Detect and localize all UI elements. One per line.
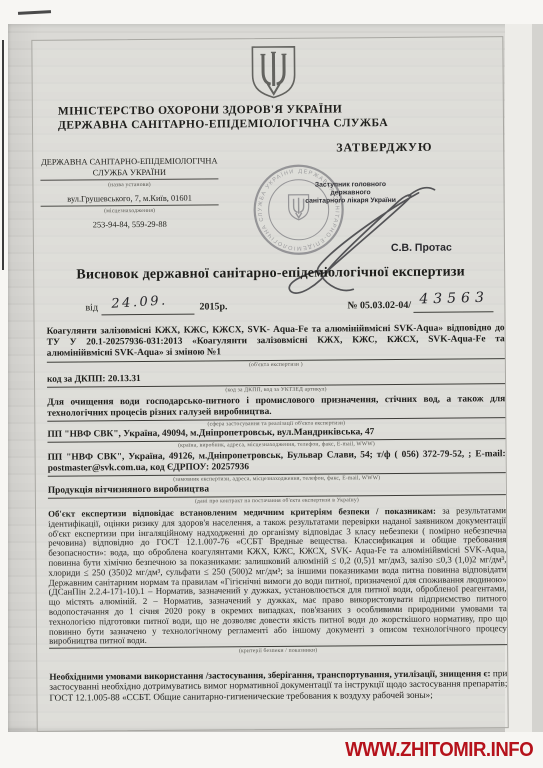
site-watermark: WWW.ZHITOMIR.INFO xyxy=(345,739,533,762)
handwritten-number: 43563 xyxy=(419,290,489,308)
field-body: за результатами ідентифікації, оцінки ри… xyxy=(48,505,507,646)
field-text: Необхідними умовами використання /застос… xyxy=(49,668,507,704)
trident-emblem-icon xyxy=(247,45,299,99)
field-dkpp-code: код за ДКПП: 20.13.31 (код за ДКПП, код … xyxy=(47,371,505,395)
issuer-phones: 253-94-84, 559-29-88 xyxy=(93,220,167,230)
number-label: № 05.03.02-04/ xyxy=(347,300,411,311)
field-manufacturer: ПП "НВФ СВК", Україна, 49094, м.Дніпропе… xyxy=(47,426,505,450)
issuer-address-caption: (місцезнаходження) xyxy=(41,205,219,217)
field-safety-criteria: Об'єкт експертизи відповідає встановлени… xyxy=(48,506,507,656)
issuer-name-line1: ДЕРЖАВНА САНІТАРНО-ЕПІДЕМІОЛОГІЧНА xyxy=(41,156,217,166)
approve-label: ЗАТВЕРДЖУЮ xyxy=(336,140,432,156)
field-text: Коагулянти залізовмісні КЖХ, КЖС, КЖСХ, … xyxy=(47,323,505,362)
field-domestic-production: Продукція вітчизняного виробництва (дані… xyxy=(48,482,506,506)
field-expertise-object: Коагулянти залізовмісні КЖХ, КЖС, КЖСХ, … xyxy=(47,323,505,369)
issuer-box: ДЕРЖАВНА САНІТАРНО-ЕПІДЕМІОЛОГІЧНА СЛУЖБ… xyxy=(40,155,219,230)
year-label: 2015р. xyxy=(199,301,227,312)
document-content: МІНІСТЕРСТВО ОХОРОНИ ЗДОРОВ'Я УКРАЇНИ ДЕ… xyxy=(0,0,543,768)
field-customer: ПП "НВФ СВК", Україна, 49126, м.Дніпропе… xyxy=(48,449,506,484)
field-text: Об'єкт експертизи відповідає встановлени… xyxy=(48,506,507,649)
issuer-name-caption: (назва установи) xyxy=(40,179,218,191)
date-from-label: від xyxy=(85,302,98,313)
field-usage-conditions: Необхідними умовами використання /застос… xyxy=(49,668,507,704)
approver-name: С.В. Протас xyxy=(391,242,452,254)
field-text: Для очищення води господарсько-питного і… xyxy=(47,394,505,422)
field-text: ПП "НВФ СВК", Україна, 49126, м.Дніпропе… xyxy=(48,449,506,477)
field-application-scope: Для очищення води господарсько-питного і… xyxy=(47,394,505,429)
